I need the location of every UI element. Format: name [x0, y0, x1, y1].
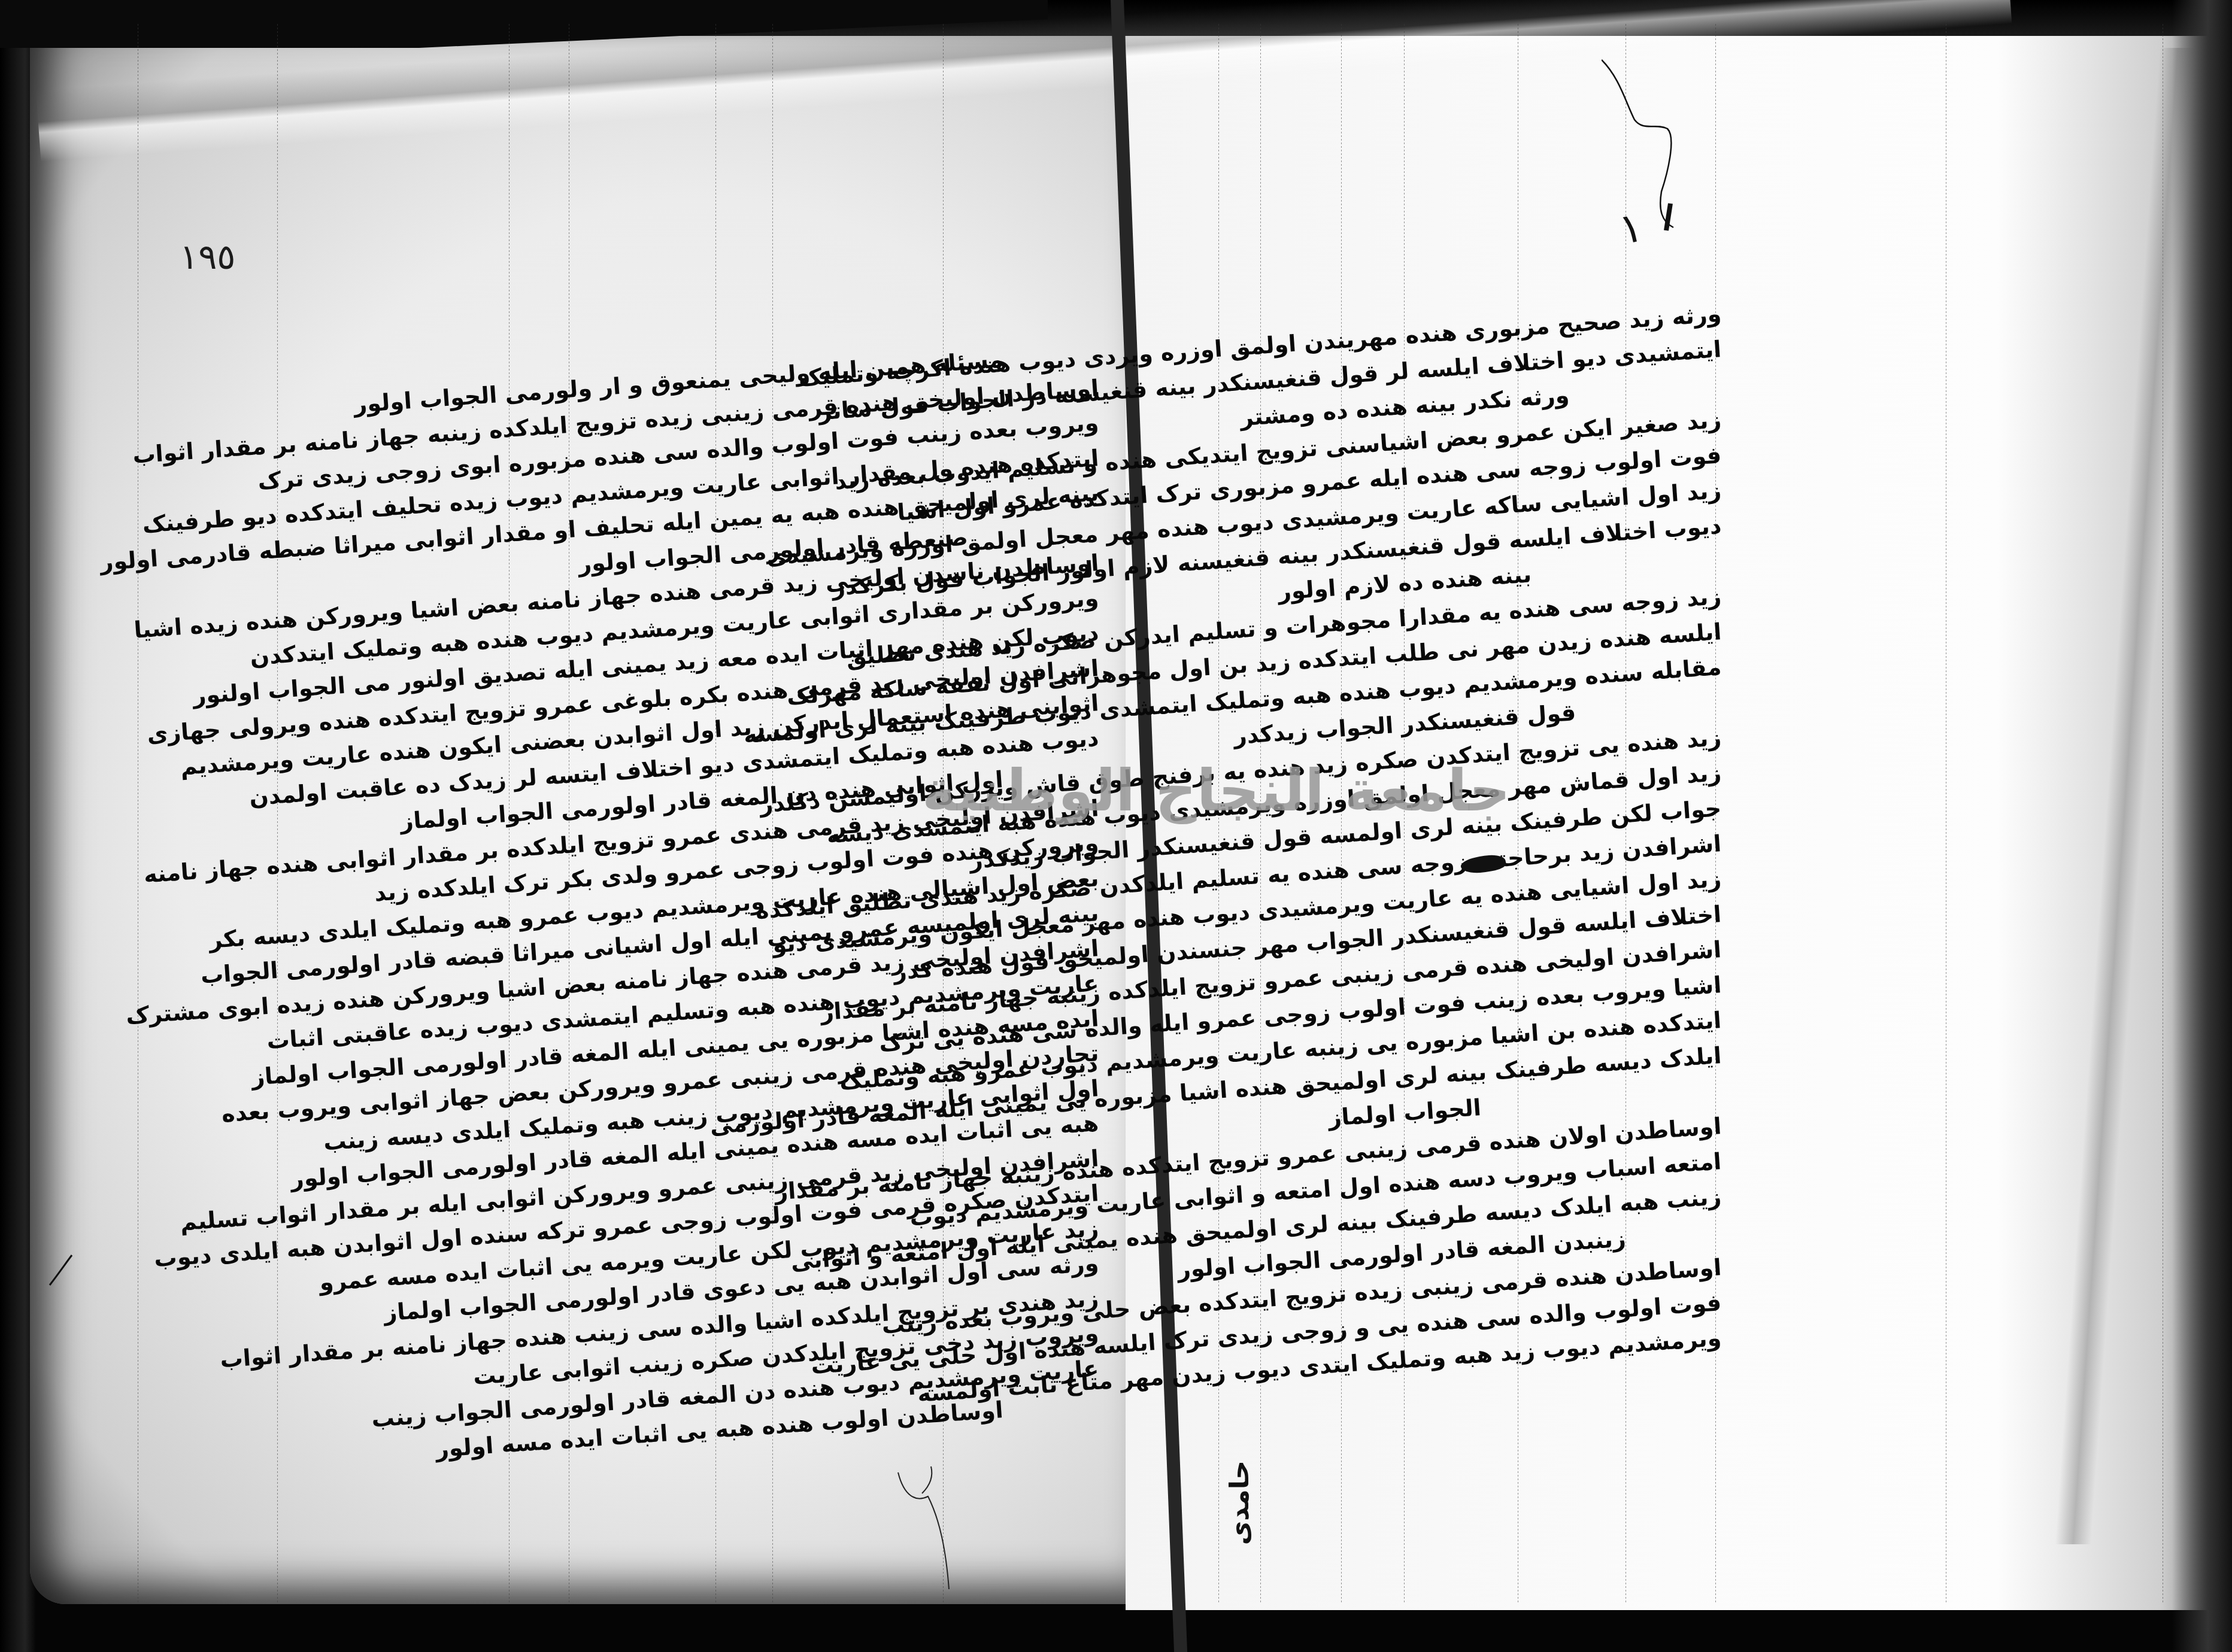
- stray-ink-line: [880, 1460, 958, 1592]
- ruled-line: [138, 24, 138, 1604]
- ruled-line: [1946, 24, 1946, 1604]
- right-page-text: ورثه زید صحیح مزبوری هنده مهریندن اولمق …: [1182, 296, 1721, 1356]
- manuscript-scan: ١٩٥ ١ مسئله همین ابله ولیحی یمنعوق و ار …: [0, 0, 2232, 1652]
- scan-right-shadow: [2172, 0, 2232, 1652]
- page-number: ١٩٥: [180, 236, 235, 277]
- margin-ink-stroke: [48, 1254, 75, 1287]
- stray-ink-line: [1602, 54, 1679, 233]
- signature: حامدی: [1224, 1460, 1255, 1545]
